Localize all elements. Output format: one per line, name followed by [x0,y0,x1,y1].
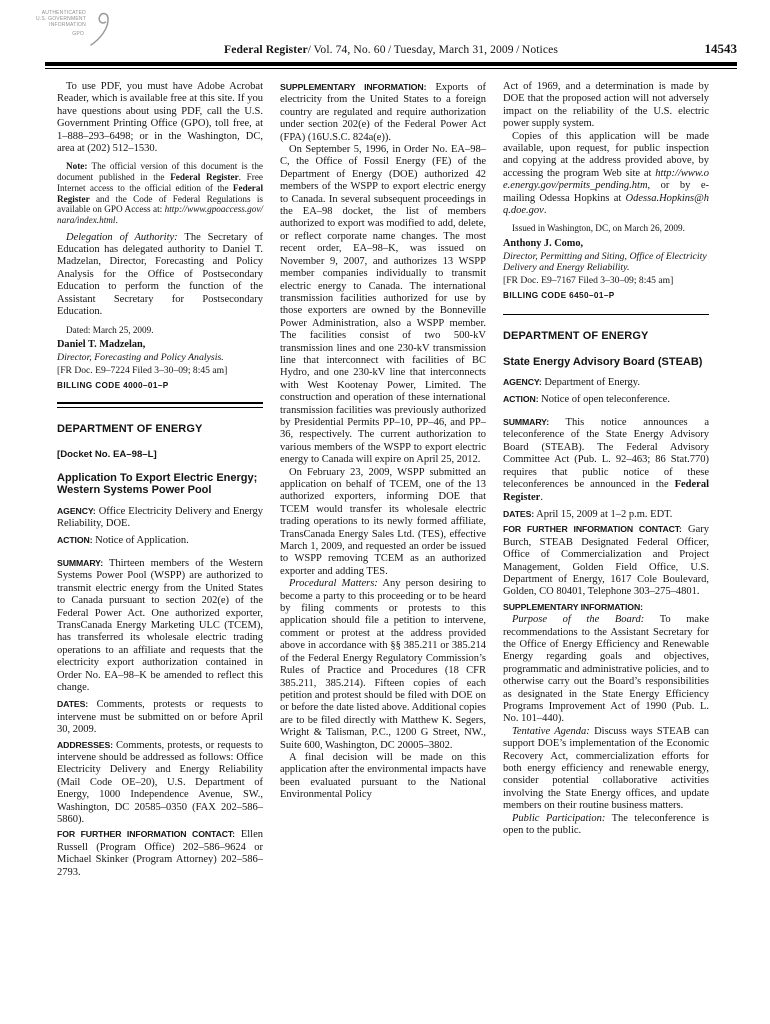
addresses-paragraph: ADDRESSES: Comments, protests, or reques… [57,739,263,827]
action-label: ACTION: [503,394,539,404]
notice-title: State Energy Advisory Board (STEAB) [503,356,709,369]
summary-label: SUMMARY: [57,558,103,568]
public-participation-lead: Public Participation: [512,813,605,824]
billing-code: BILLING CODE 6450–01–P [503,291,709,300]
final-decision-paragraph: A final decision will be made on this ap… [280,752,486,802]
agency-label: AGENCY: [503,377,542,387]
tentative-agenda-lead: Tentative Agenda: [512,726,590,737]
further-info-label: FOR FURTHER INFORMATION CONTACT: [503,524,682,534]
three-column-body: To use PDF, you must have Adobe Acrobat … [57,81,709,879]
action-paragraph: ACTION: Notice of Application. [57,534,263,547]
agency-paragraph: AGENCY: Department of Energy. [503,376,709,389]
order-history-paragraph: On September 5, 1996, in Order No. EA–98… [280,144,486,467]
tentative-agenda-paragraph: Tentative Agenda: Discuss ways STEAB can… [503,726,709,813]
federal-register-page: AUTHENTICATED U.S. GOVERNMENT INFORMATIO… [0,0,770,1024]
dates-label: DATES: [57,699,88,709]
further-info-paragraph: FOR FURTHER INFORMATION CONTACT: Ellen R… [57,828,263,879]
nepa-continuation-paragraph: Act of 1969, and a determination is made… [503,81,709,131]
supplementary-info-paragraph: SUPPLEMENTARY INFORMATION: Exports of el… [280,81,486,144]
procedural-matters-lead: Procedural Matters: [289,578,378,589]
dates-label: DATES: [503,509,534,519]
signature-title: Director, Forecasting and Policy Analysi… [57,352,263,363]
agency-paragraph: AGENCY: Office Electricity Delivery and … [57,505,263,531]
pdf-help-paragraph: To use PDF, you must have Adobe Acrobat … [57,81,263,155]
supplementary-info-label: SUPPLEMENTARY INFORMATION: [503,602,643,612]
dated-line: Dated: March 25, 2009. [57,325,263,336]
header-rule [45,62,737,69]
action-paragraph: ACTION: Notice of open teleconference. [503,393,709,406]
signature-title: Director, Permitting and Siting, Office … [503,251,709,273]
delegation-lead: Delegation of Authority: [66,232,178,243]
dates-paragraph: DATES: Comments, protests or requests to… [57,698,263,736]
further-info-label: FOR FURTHER INFORMATION CONTACT: [57,829,235,839]
section-separator-rule [503,314,709,315]
public-participation-paragraph: Public Participation: The teleconference… [503,813,709,838]
summary-label: SUMMARY: [503,417,549,427]
department-heading: DEPARTMENT OF ENERGY [503,330,709,343]
billing-code: BILLING CODE 4000–01–P [57,381,263,390]
notice-title: Application To Export Electric Energy; W… [57,472,263,497]
copies-paragraph: Copies of this application will be made … [503,131,709,218]
signature-name: Anthony J. Como, [503,238,709,250]
dates-paragraph: DATES: April 15, 2009 at 1–2 p.m. EDT. [503,508,709,521]
signature-name: Daniel T. Madzelan, [57,339,263,351]
docket-number: [Docket No. EA–98–L] [57,449,263,460]
agency-label: AGENCY: [57,506,96,516]
column-1: To use PDF, you must have Adobe Acrobat … [57,81,263,879]
page-number: 14543 [705,42,738,55]
application-paragraph: On February 23, 2009, WSPP submitted an … [280,467,486,579]
section-separator-double-rule [57,402,263,408]
supplementary-info-heading: SUPPLEMENTARY INFORMATION: [503,601,709,614]
addresses-label: ADDRESSES: [57,740,113,750]
column-2: SUPPLEMENTARY INFORMATION: Exports of el… [280,81,486,879]
summary-paragraph: SUMMARY: This notice announces a telecon… [503,416,709,504]
further-info-paragraph: FOR FURTHER INFORMATION CONTACT: Gary Bu… [503,523,709,598]
action-label: ACTION: [57,535,93,545]
gpo-logo-text: AUTHENTICATED U.S. GOVERNMENT INFORMATIO… [36,10,86,37]
note-label: Note: [66,161,87,171]
fr-doc-line: [FR Doc. E9–7167 Filed 3–30–09; 8:45 am] [503,275,709,286]
supplementary-info-label: SUPPLEMENTARY INFORMATION: [280,82,426,92]
purpose-paragraph: Purpose of the Board: To make recommenda… [503,614,709,726]
page-header: Federal Register/ Vol. 74, No. 60 / Tues… [45,43,737,56]
issued-line: Issued in Washington, DC, on March 26, 2… [503,223,709,234]
header-title: Federal Register/ Vol. 74, No. 60 / Tues… [45,43,737,56]
fr-doc-line: [FR Doc. E9–7224 Filed 3–30–09; 8:45 am] [57,365,263,376]
official-version-note: Note: The official version of this docum… [57,161,263,225]
department-heading: DEPARTMENT OF ENERGY [57,423,263,436]
procedural-matters-paragraph: Procedural Matters: Any person desiring … [280,578,486,752]
summary-paragraph: SUMMARY: Thirteen members of the Western… [57,557,263,694]
column-3: Act of 1969, and a determination is made… [503,81,709,879]
journal-name: Federal Register [224,43,308,56]
purpose-lead: Purpose of the Board: [512,614,644,625]
delegation-paragraph: Delegation of Authority: The Secretary o… [57,232,263,319]
